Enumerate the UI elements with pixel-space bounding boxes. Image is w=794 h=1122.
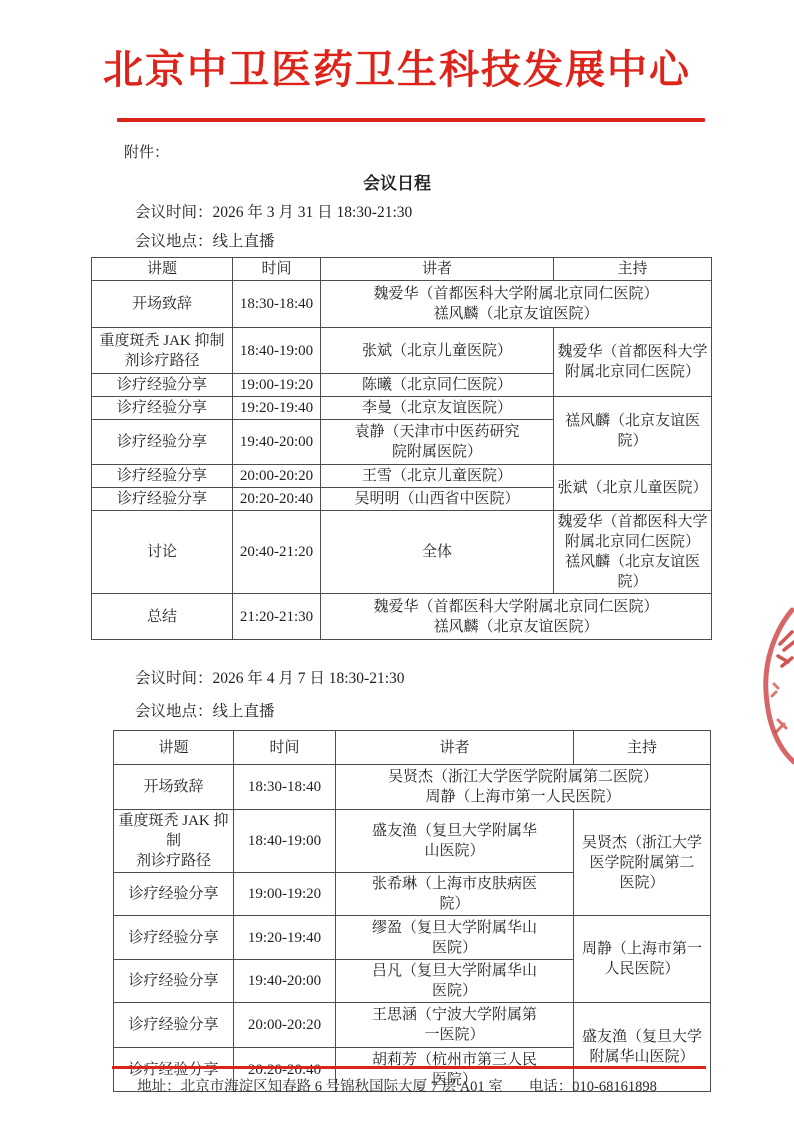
- cell-time: 18:30-18:40: [233, 281, 321, 328]
- cell-topic: 开场致辞: [114, 765, 234, 810]
- cell-time: 20:20-20:40: [233, 488, 321, 511]
- cell-topic: 诊疗经验分享: [92, 465, 233, 488]
- col-header-topic: 讲题: [114, 731, 234, 765]
- org-title: 北京中卫医药卫生科技发展中心: [0, 0, 794, 96]
- session1-place: 会议地点：线上直播: [135, 231, 794, 253]
- col-header-host: 主持: [574, 731, 711, 765]
- cell-topic: 诊疗经验分享: [114, 873, 234, 916]
- table-row: 重度斑秃 JAK 抑制 剂诊疗路径 18:40-19:00 盛友渔（复旦大学附属…: [114, 810, 711, 873]
- session1-time: 会议时间：2026 年 3 月 31 日 18:30-21:30: [135, 202, 794, 224]
- cell-topic: 总结: [92, 594, 233, 640]
- cell-time: 20:00-20:20: [233, 465, 321, 488]
- col-header-topic: 讲题: [92, 258, 233, 281]
- cell-host: 张斌（北京儿童医院）: [554, 465, 712, 511]
- table-row: 诊疗经验分享 19:20-19:40 李曼（北京友谊医院） 禚风麟（北京友谊医院…: [92, 397, 712, 420]
- table-header-row: 讲题 时间 讲者 主持: [92, 258, 712, 281]
- cell-topic: 诊疗经验分享: [114, 960, 234, 1003]
- col-header-speaker: 讲者: [336, 731, 574, 765]
- cell-speaker: 吴明明（山西省中医院）: [321, 488, 554, 511]
- attachment-label: 附件：: [124, 142, 794, 164]
- footer: 地址：北京市海淀区知春路 6 号锦秋国际大厦 7 层 A01 室电话：010-6…: [0, 1077, 794, 1097]
- session2-place: 会议地点：线上直播: [135, 701, 794, 723]
- cell-time: 18:40-19:00: [233, 328, 321, 374]
- session2-time: 会议时间：2026 年 4 月 7 日 18:30-21:30: [135, 668, 794, 690]
- cell-speaker: 袁静（天津市中医药研究 院附属医院）: [321, 420, 554, 465]
- col-header-time: 时间: [233, 258, 321, 281]
- table-row: 诊疗经验分享 20:00-20:20 王思涵（宁波大学附属第 一医院） 盛友渔（…: [114, 1003, 711, 1048]
- cell-host: 魏爱华（首都医科大学 附属北京同仁医院） 禚风麟（北京友谊医院）: [554, 511, 712, 594]
- table-row: 重度斑秃 JAK 抑制 剂诊疗路径 18:40-19:00 张斌（北京儿童医院）…: [92, 328, 712, 374]
- cell-host: 周静（上海市第一 人民医院）: [574, 916, 711, 1003]
- cell-topic: 诊疗经验分享: [92, 374, 233, 397]
- cell-speaker: 盛友渔（复旦大学附属华 山医院）: [336, 810, 574, 873]
- document-page: 北京中卫医药卫生科技发展中心 附件： 会议日程 会议时间：2026 年 3 月 …: [0, 0, 794, 1122]
- cell-speaker: 吕凡（复旦大学附属华山 医院）: [336, 960, 574, 1003]
- cell-speaker-host: 魏爱华（首都医科大学附属北京同仁医院） 禚风麟（北京友谊医院）: [321, 281, 712, 328]
- table-header-row: 讲题 时间 讲者 主持: [114, 731, 711, 765]
- cell-host: 吴贤杰（浙江大学 医学院附属第二 医院）: [574, 810, 711, 916]
- cell-topic: 诊疗经验分享: [92, 397, 233, 420]
- cell-speaker-host: 吴贤杰（浙江大学医学院附属第二医院） 周静（上海市第一人民医院）: [336, 765, 711, 810]
- cell-speaker: 缪盈（复旦大学附属华山 医院）: [336, 916, 574, 960]
- col-header-time: 时间: [234, 731, 336, 765]
- red-stamp: [754, 592, 794, 772]
- cell-topic: 诊疗经验分享: [114, 916, 234, 960]
- cell-speaker: 陈曦（北京同仁医院）: [321, 374, 554, 397]
- cell-topic: 诊疗经验分享: [92, 488, 233, 511]
- table-row: 讨论 20:40-21:20 全体 魏爱华（首都医科大学 附属北京同仁医院） 禚…: [92, 511, 712, 594]
- cell-host: 禚风麟（北京友谊医院）: [554, 397, 712, 465]
- table-row: 总结 21:20-21:30 魏爱华（首都医科大学附属北京同仁医院） 禚风麟（北…: [92, 594, 712, 640]
- cell-topic: 重度斑秃 JAK 抑制 剂诊疗路径: [114, 810, 234, 873]
- cell-time: 18:30-18:40: [234, 765, 336, 810]
- cell-time: 21:20-21:30: [233, 594, 321, 640]
- footer-phone: 电话：010-68161898: [529, 1079, 657, 1095]
- agenda-title: 会议日程: [0, 172, 794, 196]
- cell-speaker-host: 魏爱华（首都医科大学附属北京同仁医院） 禚风麟（北京友谊医院）: [321, 594, 712, 640]
- cell-speaker: 张希琳（上海市皮肤病医 院）: [336, 873, 574, 916]
- session2-schedule-table: 讲题 时间 讲者 主持 开场致辞 18:30-18:40 吴贤杰（浙江大学医学院…: [113, 730, 711, 1092]
- footer-rule: [112, 1066, 706, 1069]
- col-header-host: 主持: [554, 258, 712, 281]
- cell-speaker: 全体: [321, 511, 554, 594]
- cell-topic: 诊疗经验分享: [92, 420, 233, 465]
- cell-host: 魏爱华（首都医科大学 附属北京同仁医院）: [554, 328, 712, 397]
- table-row: 开场致辞 18:30-18:40 吴贤杰（浙江大学医学院附属第二医院） 周静（上…: [114, 765, 711, 810]
- cell-time: 20:00-20:20: [234, 1003, 336, 1048]
- cell-time: 19:20-19:40: [233, 397, 321, 420]
- cell-time: 18:40-19:00: [234, 810, 336, 873]
- cell-time: 19:00-19:20: [234, 873, 336, 916]
- header-rule: [117, 118, 705, 122]
- footer-address: 地址：北京市海淀区知春路 6 号锦秋国际大厦 7 层 A01 室: [137, 1079, 503, 1095]
- cell-topic: 开场致辞: [92, 281, 233, 328]
- cell-speaker: 张斌（北京儿童医院）: [321, 328, 554, 374]
- cell-time: 19:20-19:40: [234, 916, 336, 960]
- cell-topic: 诊疗经验分享: [114, 1003, 234, 1048]
- cell-time: 19:00-19:20: [233, 374, 321, 397]
- cell-speaker: 李曼（北京友谊医院）: [321, 397, 554, 420]
- cell-topic: 重度斑秃 JAK 抑制 剂诊疗路径: [92, 328, 233, 374]
- table-row: 开场致辞 18:30-18:40 魏爱华（首都医科大学附属北京同仁医院） 禚风麟…: [92, 281, 712, 328]
- cell-time: 19:40-20:00: [234, 960, 336, 1003]
- cell-time: 20:40-21:20: [233, 511, 321, 594]
- cell-speaker: 王思涵（宁波大学附属第 一医院）: [336, 1003, 574, 1048]
- session1-schedule-table: 讲题 时间 讲者 主持 开场致辞 18:30-18:40 魏爱华（首都医科大学附…: [91, 257, 712, 640]
- col-header-speaker: 讲者: [321, 258, 554, 281]
- table-row: 诊疗经验分享 20:00-20:20 王雪（北京儿童医院） 张斌（北京儿童医院）: [92, 465, 712, 488]
- table-row: 诊疗经验分享 19:20-19:40 缪盈（复旦大学附属华山 医院） 周静（上海…: [114, 916, 711, 960]
- cell-topic: 讨论: [92, 511, 233, 594]
- cell-speaker: 王雪（北京儿童医院）: [321, 465, 554, 488]
- cell-time: 19:40-20:00: [233, 420, 321, 465]
